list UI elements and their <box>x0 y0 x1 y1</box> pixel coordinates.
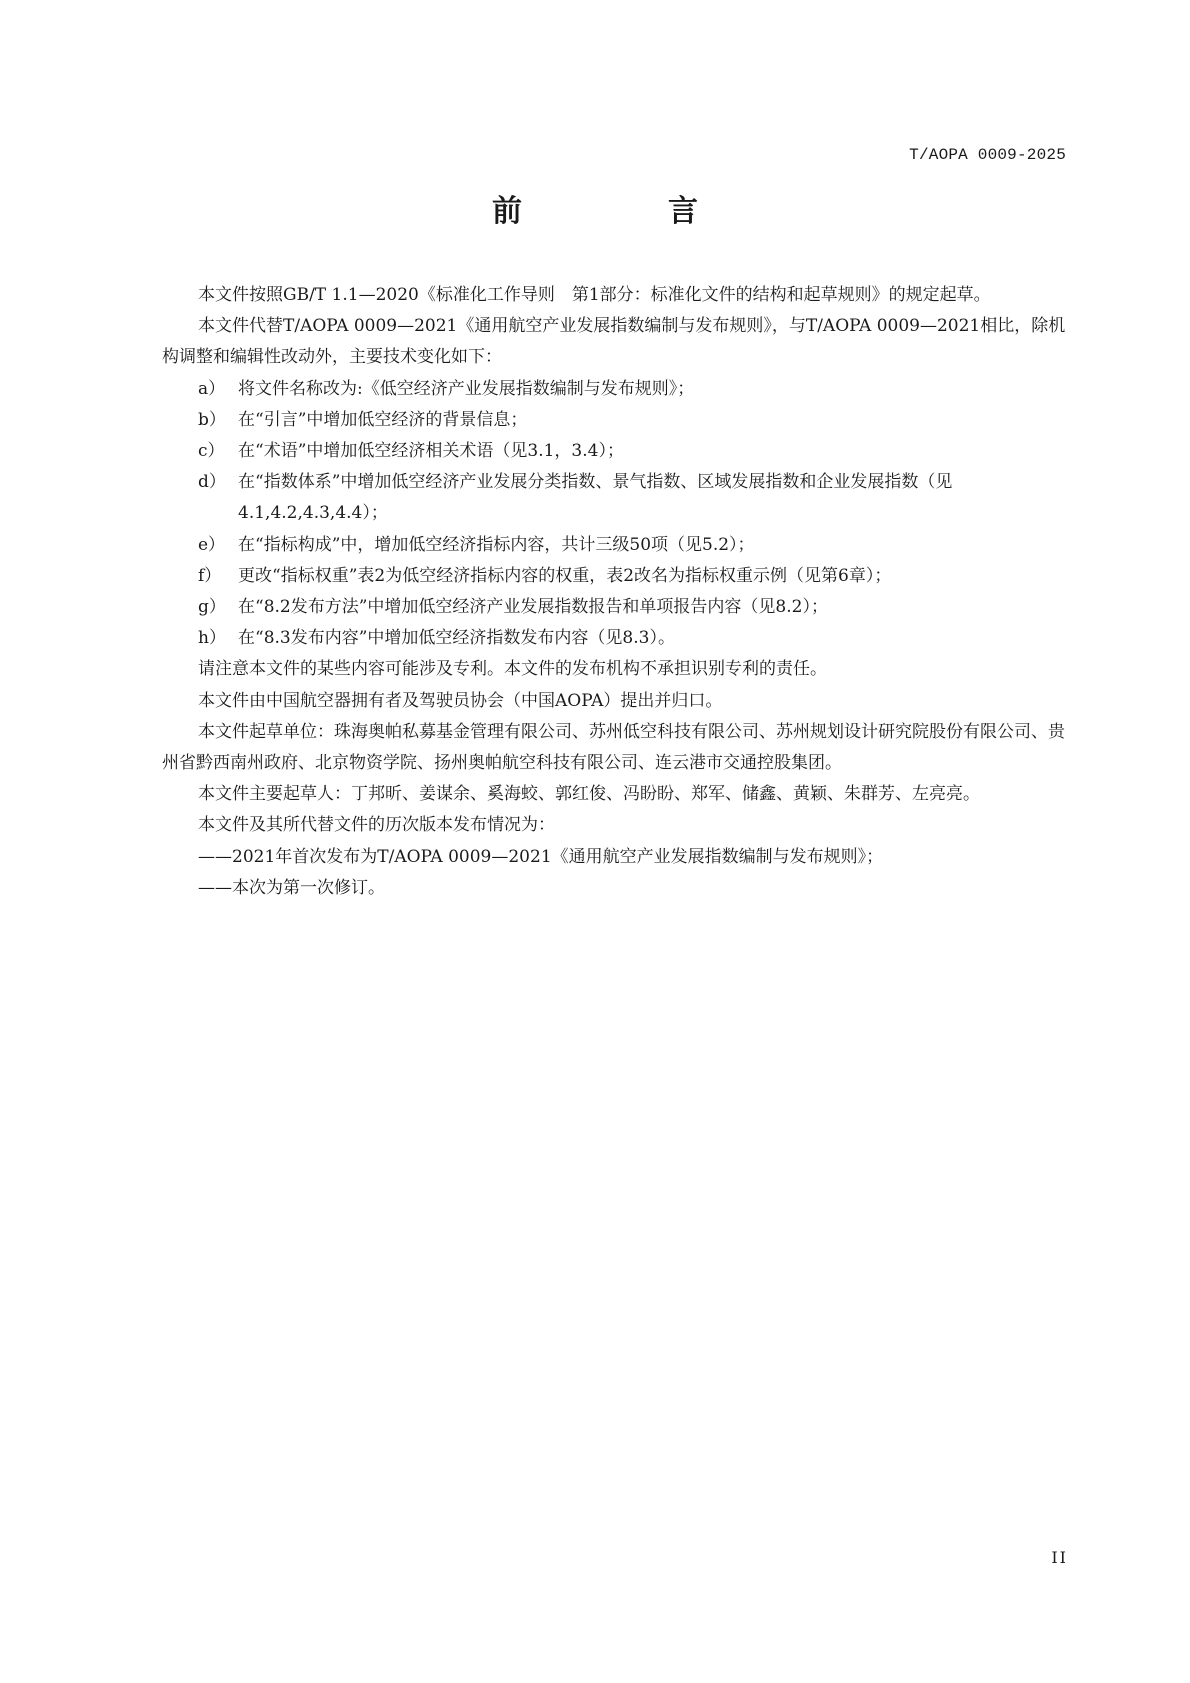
change-item: g）在“8.2发布方法”中增加低空经济产业发展指数报告和单项报告内容（见8.2）… <box>162 592 1072 623</box>
change-item: f）更改“指标权重”表2为低空经济指标内容的权重，表2改名为指标权重示例（见第6… <box>162 561 1072 592</box>
change-item: c）在“术语”中增加低空经济相关术语（见3.1，3.4）； <box>162 436 1072 467</box>
item-marker: b） <box>198 405 238 436</box>
change-item: e）在“指标构成”中，增加低空经济指标内容，共计三级50项（见5.2）； <box>162 530 1072 561</box>
item-marker: h） <box>198 623 238 654</box>
item-marker: a） <box>198 374 238 405</box>
page-number: II <box>1051 1548 1068 1567</box>
paragraph-proposer: 本文件由中国航空器拥有者及驾驶员协会（中国AOPA）提出并归口。 <box>162 686 1072 717</box>
item-text: 在“8.2发布方法”中增加低空经济产业发展指数报告和单项报告内容（见8.2）； <box>238 597 828 617</box>
history-item: ——2021年首次发布为T/AOPA 0009—2021《通用航空产业发展指数编… <box>162 842 1072 873</box>
change-item: a）将文件名称改为:《低空经济产业发展指数编制与发布规则》； <box>162 374 1072 405</box>
item-text: 更改“指标权重”表2为低空经济指标内容的权重，表2改名为指标权重示例（见第6章）… <box>238 566 891 586</box>
item-marker: g） <box>198 592 238 623</box>
item-text: 在“指数体系”中增加低空经济产业发展分类指数、景气指数、区域发展指数和企业发展指… <box>238 472 952 523</box>
paragraph-patent-notice: 请注意本文件的某些内容可能涉及专利。本文件的发布机构不承担识别专利的责任。 <box>162 654 1072 685</box>
item-text: 将文件名称改为:《低空经济产业发展指数编制与发布规则》； <box>238 379 694 399</box>
foreword-body: 本文件按照GB/T 1.1—2020《标准化工作导则 第1部分：标准化文件的结构… <box>162 280 1072 904</box>
page-title: 前 言 <box>0 186 1190 230</box>
document-id: T/AOPA 0009-2025 <box>909 146 1066 164</box>
paragraph-drafting-units: 本文件起草单位：珠海奥帕私募基金管理有限公司、苏州低空科技有限公司、苏州规划设计… <box>162 717 1072 779</box>
item-marker: e） <box>198 530 238 561</box>
paragraph-drafters: 本文件主要起草人：丁邦昕、姜谋余、奚海蛟、郭红俊、冯盼盼、郑军、储鑫、黄颖、朱群… <box>162 779 1072 810</box>
change-item: h）在“8.3发布内容”中增加低空经济指数发布内容（见8.3）。 <box>162 623 1072 654</box>
item-marker: d） <box>198 467 238 498</box>
item-marker: c） <box>198 436 238 467</box>
item-text: 在“术语”中增加低空经济相关术语（见3.1，3.4）； <box>238 441 624 461</box>
history-item: ——本次为第一次修订。 <box>162 873 1072 904</box>
change-item: b）在“引言”中增加低空经济的背景信息； <box>162 405 1072 436</box>
item-text: 在“指标构成”中，增加低空经济指标内容，共计三级50项（见5.2）； <box>238 535 755 555</box>
paragraph-replacement: 本文件代替T/AOPA 0009—2021《通用航空产业发展指数编制与发布规则》… <box>162 311 1072 373</box>
paragraph-history-intro: 本文件及其所代替文件的历次版本发布情况为： <box>162 810 1072 841</box>
item-text: 在“引言”中增加低空经济的背景信息； <box>238 410 527 430</box>
change-item: d）在“指数体系”中增加低空经济产业发展分类指数、景气指数、区域发展指数和企业发… <box>162 467 1072 529</box>
item-text: 在“8.3发布内容”中增加低空经济指数发布内容（见8.3）。 <box>238 628 675 648</box>
paragraph-drafting-rule: 本文件按照GB/T 1.1—2020《标准化工作导则 第1部分：标准化文件的结构… <box>162 280 1072 311</box>
item-marker: f） <box>198 561 238 592</box>
